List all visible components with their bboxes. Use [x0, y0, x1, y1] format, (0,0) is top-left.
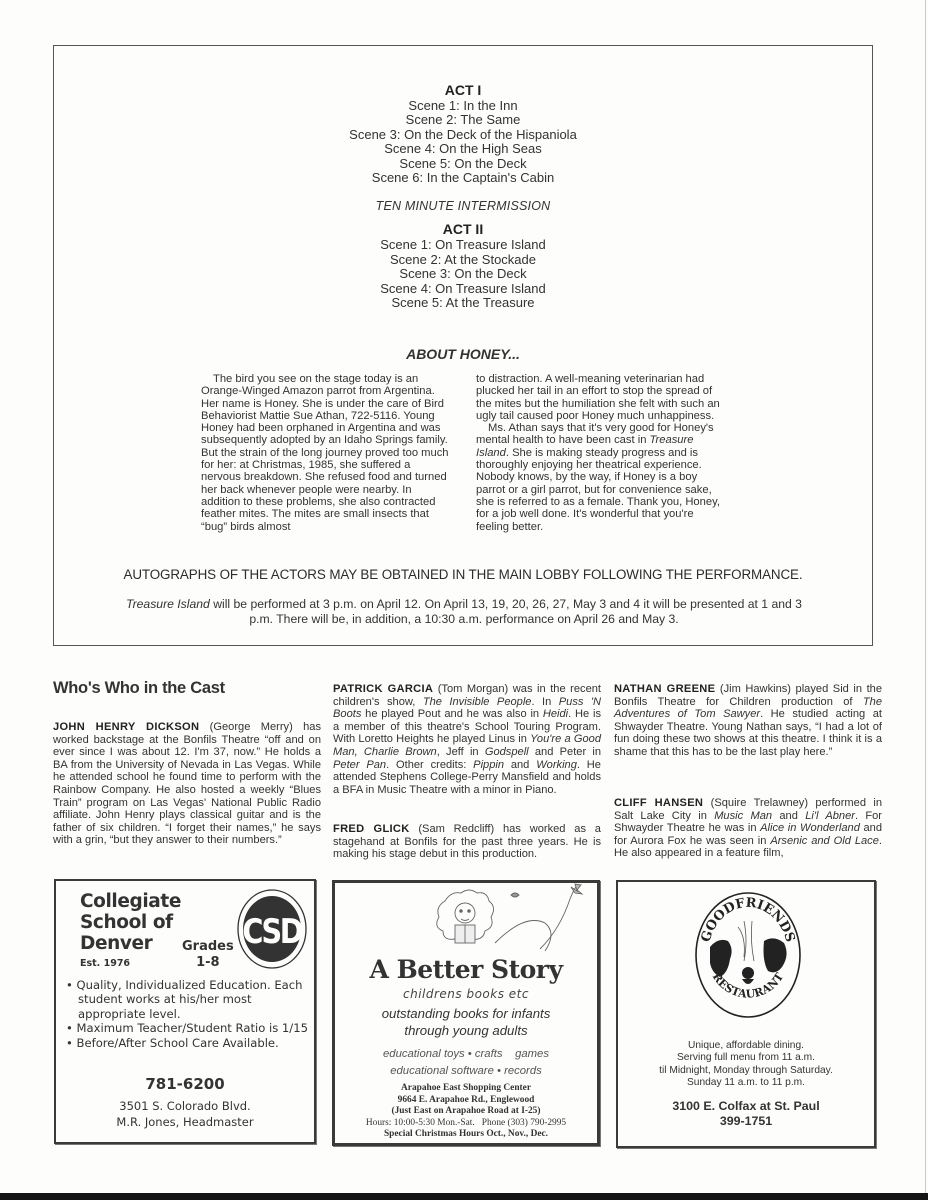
school-phone: 781-6200 [56, 1075, 314, 1093]
bio-text: , Jeff in [437, 746, 485, 758]
description-line: Unique, affordable dining. [618, 1040, 874, 1052]
page-edge [925, 0, 926, 1193]
about-honey-heading: ABOUT HONEY... [54, 346, 872, 362]
scan-bottom-edge [0, 1193, 928, 1200]
school-name-line: School of [80, 912, 181, 933]
school-features: • Quality, Individualized Education. Eac… [66, 978, 316, 1050]
cast-heading: Who's Who in the Cast [53, 679, 225, 698]
store-hours: Hours: 10:00-5:30 Mon.-Sat. Phone (303) … [335, 1118, 597, 1130]
role-name: (Squire Trelawney) [711, 797, 808, 809]
act-1-scene: Scene 2: The Same [54, 113, 872, 127]
description-line: Sunday 11 a.m. to 11 p.m. [618, 1077, 874, 1089]
bio-text: he played Pout and he was also in [361, 708, 542, 720]
act-1-scene: Scene 6: In the Captain's Cabin [54, 171, 872, 185]
description-line: til Midnight, Monday through Saturday. [618, 1065, 874, 1077]
actor-name: NATHAN GREENE [614, 683, 715, 695]
store-name: A Better Story [335, 955, 597, 984]
ad-collegiate-school-of-denver: Collegiate School of Denver Est. 1976 Gr… [54, 879, 316, 1144]
description-line: Serving full menu from 11 a.m. [618, 1052, 874, 1064]
store-subtitle: childrens books etc [335, 987, 597, 1001]
act-2-scene: Scene 5: At the Treasure [54, 296, 872, 310]
act-2-title: ACT II [54, 221, 872, 238]
address-line: Arapahoe East Shopping Center [335, 1083, 597, 1095]
bio-text: . Other credits: [386, 759, 473, 771]
cast-bio-glick: FRED GLICK (Sam Redcliff) has worked as … [333, 823, 601, 861]
lion-reading-book-illustration-icon [335, 883, 597, 963]
svg-text:GOODFRIENDS: GOODFRIENDS [699, 896, 798, 944]
actor-name: JOHN HENRY DICKSON [53, 721, 199, 733]
product-line: educational toys • crafts games [335, 1046, 597, 1063]
show-title: Peter Pan [333, 759, 386, 771]
act-1-scene: Scene 4: On the High Seas [54, 142, 872, 156]
bio-text: and Peter in [529, 746, 601, 758]
scene-list: ACT I Scene 1: In the Inn Scene 2: The S… [54, 82, 872, 310]
autographs-notice: AUTOGRAPHS OF THE ACTORS MAY BE OBTAINED… [54, 567, 872, 582]
product-line: educational software • records [335, 1063, 597, 1080]
feature-item: • Maximum Teacher/Student Ratio is 1/15 [66, 1021, 316, 1035]
act-2-scene: Scene 2: At the Stockade [54, 253, 872, 267]
show-title: The Invisible People [423, 696, 532, 708]
play-title: Treasure Island [126, 597, 210, 611]
show-title: Working [536, 759, 577, 771]
actor-name: FRED GLICK [333, 823, 410, 835]
act-1-scene: Scene 5: On the Deck [54, 157, 872, 171]
restaurant-phone: 399-1751 [618, 1114, 874, 1129]
about-honey-paragraph: to distraction. A well-meaning veterinar… [476, 373, 728, 422]
restaurant-address: 3100 E. Colfax at St. Paul 399-1751 [618, 1099, 874, 1129]
actor-name: PATRICK GARCIA [333, 683, 433, 695]
act-2-scene: Scene 1: On Treasure Island [54, 238, 872, 252]
show-title: Alice in Wonderland [760, 822, 860, 834]
about-honey-paragraph: The bird you see on the stage today is a… [201, 373, 453, 533]
text-run: . She is making steady progress and is t… [476, 447, 720, 533]
established-year: Est. 1976 [80, 958, 130, 969]
goodfriends-logo-icon: GOODFRIENDS RESTAURANT [694, 891, 802, 1019]
cast-bio-hansen: CLIFF HANSEN (Squire Trelawney) performe… [614, 797, 882, 860]
store-products: educational toys • crafts games educatio… [335, 1046, 597, 1080]
cast-bio-garcia: PATRICK GARCIA (Tom Morgan) was in the r… [333, 683, 601, 796]
about-honey-right-column: to distraction. A well-meaning veterinar… [476, 373, 728, 533]
store-address: Arapahoe East Shopping Center 9664 E. Ar… [335, 1083, 597, 1141]
school-name: Collegiate School of Denver [80, 891, 181, 954]
cast-bio-dickson: JOHN HENRY DICKSON (George Merry) has wo… [53, 721, 321, 847]
role-name: (George Merry) [210, 721, 293, 733]
act-1-title: ACT I [54, 82, 872, 99]
show-title: Li'l Abner [805, 810, 855, 822]
tagline-line: through young adults [335, 1023, 597, 1040]
grades-info: Grades 1-8 [182, 939, 234, 971]
svg-text:CSD: CSD [242, 913, 302, 952]
role-name: (Tom Morgan) [438, 683, 509, 695]
cast-bio-greene: NATHAN GREENE (Jim Hawkins) played Sid i… [614, 683, 882, 759]
csd-logo-icon: CSD [236, 888, 308, 970]
role-name: (Sam Redcliff) [418, 823, 494, 835]
ad-a-better-story: A Better Story childrens books etc outst… [332, 880, 600, 1146]
school-name-line: Denver [80, 933, 181, 954]
feature-item: • Before/After School Care Available. [66, 1036, 316, 1050]
show-title: Heidi [543, 708, 568, 720]
tagline-line: outstanding books for infants [335, 1006, 597, 1023]
act-1-scene: Scene 3: On the Deck of the Hispaniola [54, 128, 872, 142]
bio-text: . In [531, 696, 558, 708]
special-hours: Special Christmas Hours Oct., Nov., Dec. [335, 1129, 597, 1141]
schedule-text: will be performed at 3 p.m. on April 12.… [210, 597, 802, 626]
address-line: (Just East on Arapahoe Road at I-25) [335, 1106, 597, 1118]
ad-goodfriends-restaurant: GOODFRIENDS RESTAURANT Unique, affordabl… [616, 880, 876, 1148]
act-1-scene: Scene 1: In the Inn [54, 99, 872, 113]
address-line: 3100 E. Colfax at St. Paul [618, 1099, 874, 1114]
bio-text: and [504, 759, 536, 771]
show-title: Arsenic and Old Lace [770, 835, 879, 847]
bio-text: has worked backstage at the Bonfils Thea… [53, 721, 321, 846]
act-2-scene: Scene 4: On Treasure Island [54, 282, 872, 296]
store-tagline: outstanding books for infants through yo… [335, 1006, 597, 1039]
address-line: 9664 E. Arapahoe Rd., Englewood [335, 1095, 597, 1107]
show-title: Music Man [714, 810, 772, 822]
about-honey-paragraph: Ms. Athan says that it's very good for H… [476, 422, 728, 533]
restaurant-description: Unique, affordable dining. Serving full … [618, 1040, 874, 1090]
bio-text: and [772, 810, 805, 822]
grades-value: 1-8 [182, 955, 234, 971]
actor-name: CLIFF HANSEN [614, 797, 703, 809]
address-line: 3501 S. Colorado Blvd. [56, 1098, 314, 1114]
feature-item: • Quality, Individualized Education. Eac… [66, 978, 316, 1021]
headmaster-line: M.R. Jones, Headmaster [56, 1114, 314, 1130]
about-honey-left-column: The bird you see on the stage today is a… [201, 373, 453, 533]
performance-schedule: Treasure Island will be performed at 3 p… [114, 597, 814, 627]
school-name-line: Collegiate [80, 891, 181, 912]
show-title: Pippin [473, 759, 504, 771]
intermission-label: TEN MINUTE INTERMISSION [54, 199, 872, 213]
program-frame: ACT I Scene 1: In the Inn Scene 2: The S… [53, 45, 873, 646]
grades-label: Grades [182, 939, 234, 955]
show-title: Godspell [485, 746, 529, 758]
act-2-scene: Scene 3: On the Deck [54, 267, 872, 281]
school-address: 3501 S. Colorado Blvd. M.R. Jones, Headm… [56, 1098, 314, 1130]
role-name: (Jim Hawkins) [720, 683, 791, 695]
